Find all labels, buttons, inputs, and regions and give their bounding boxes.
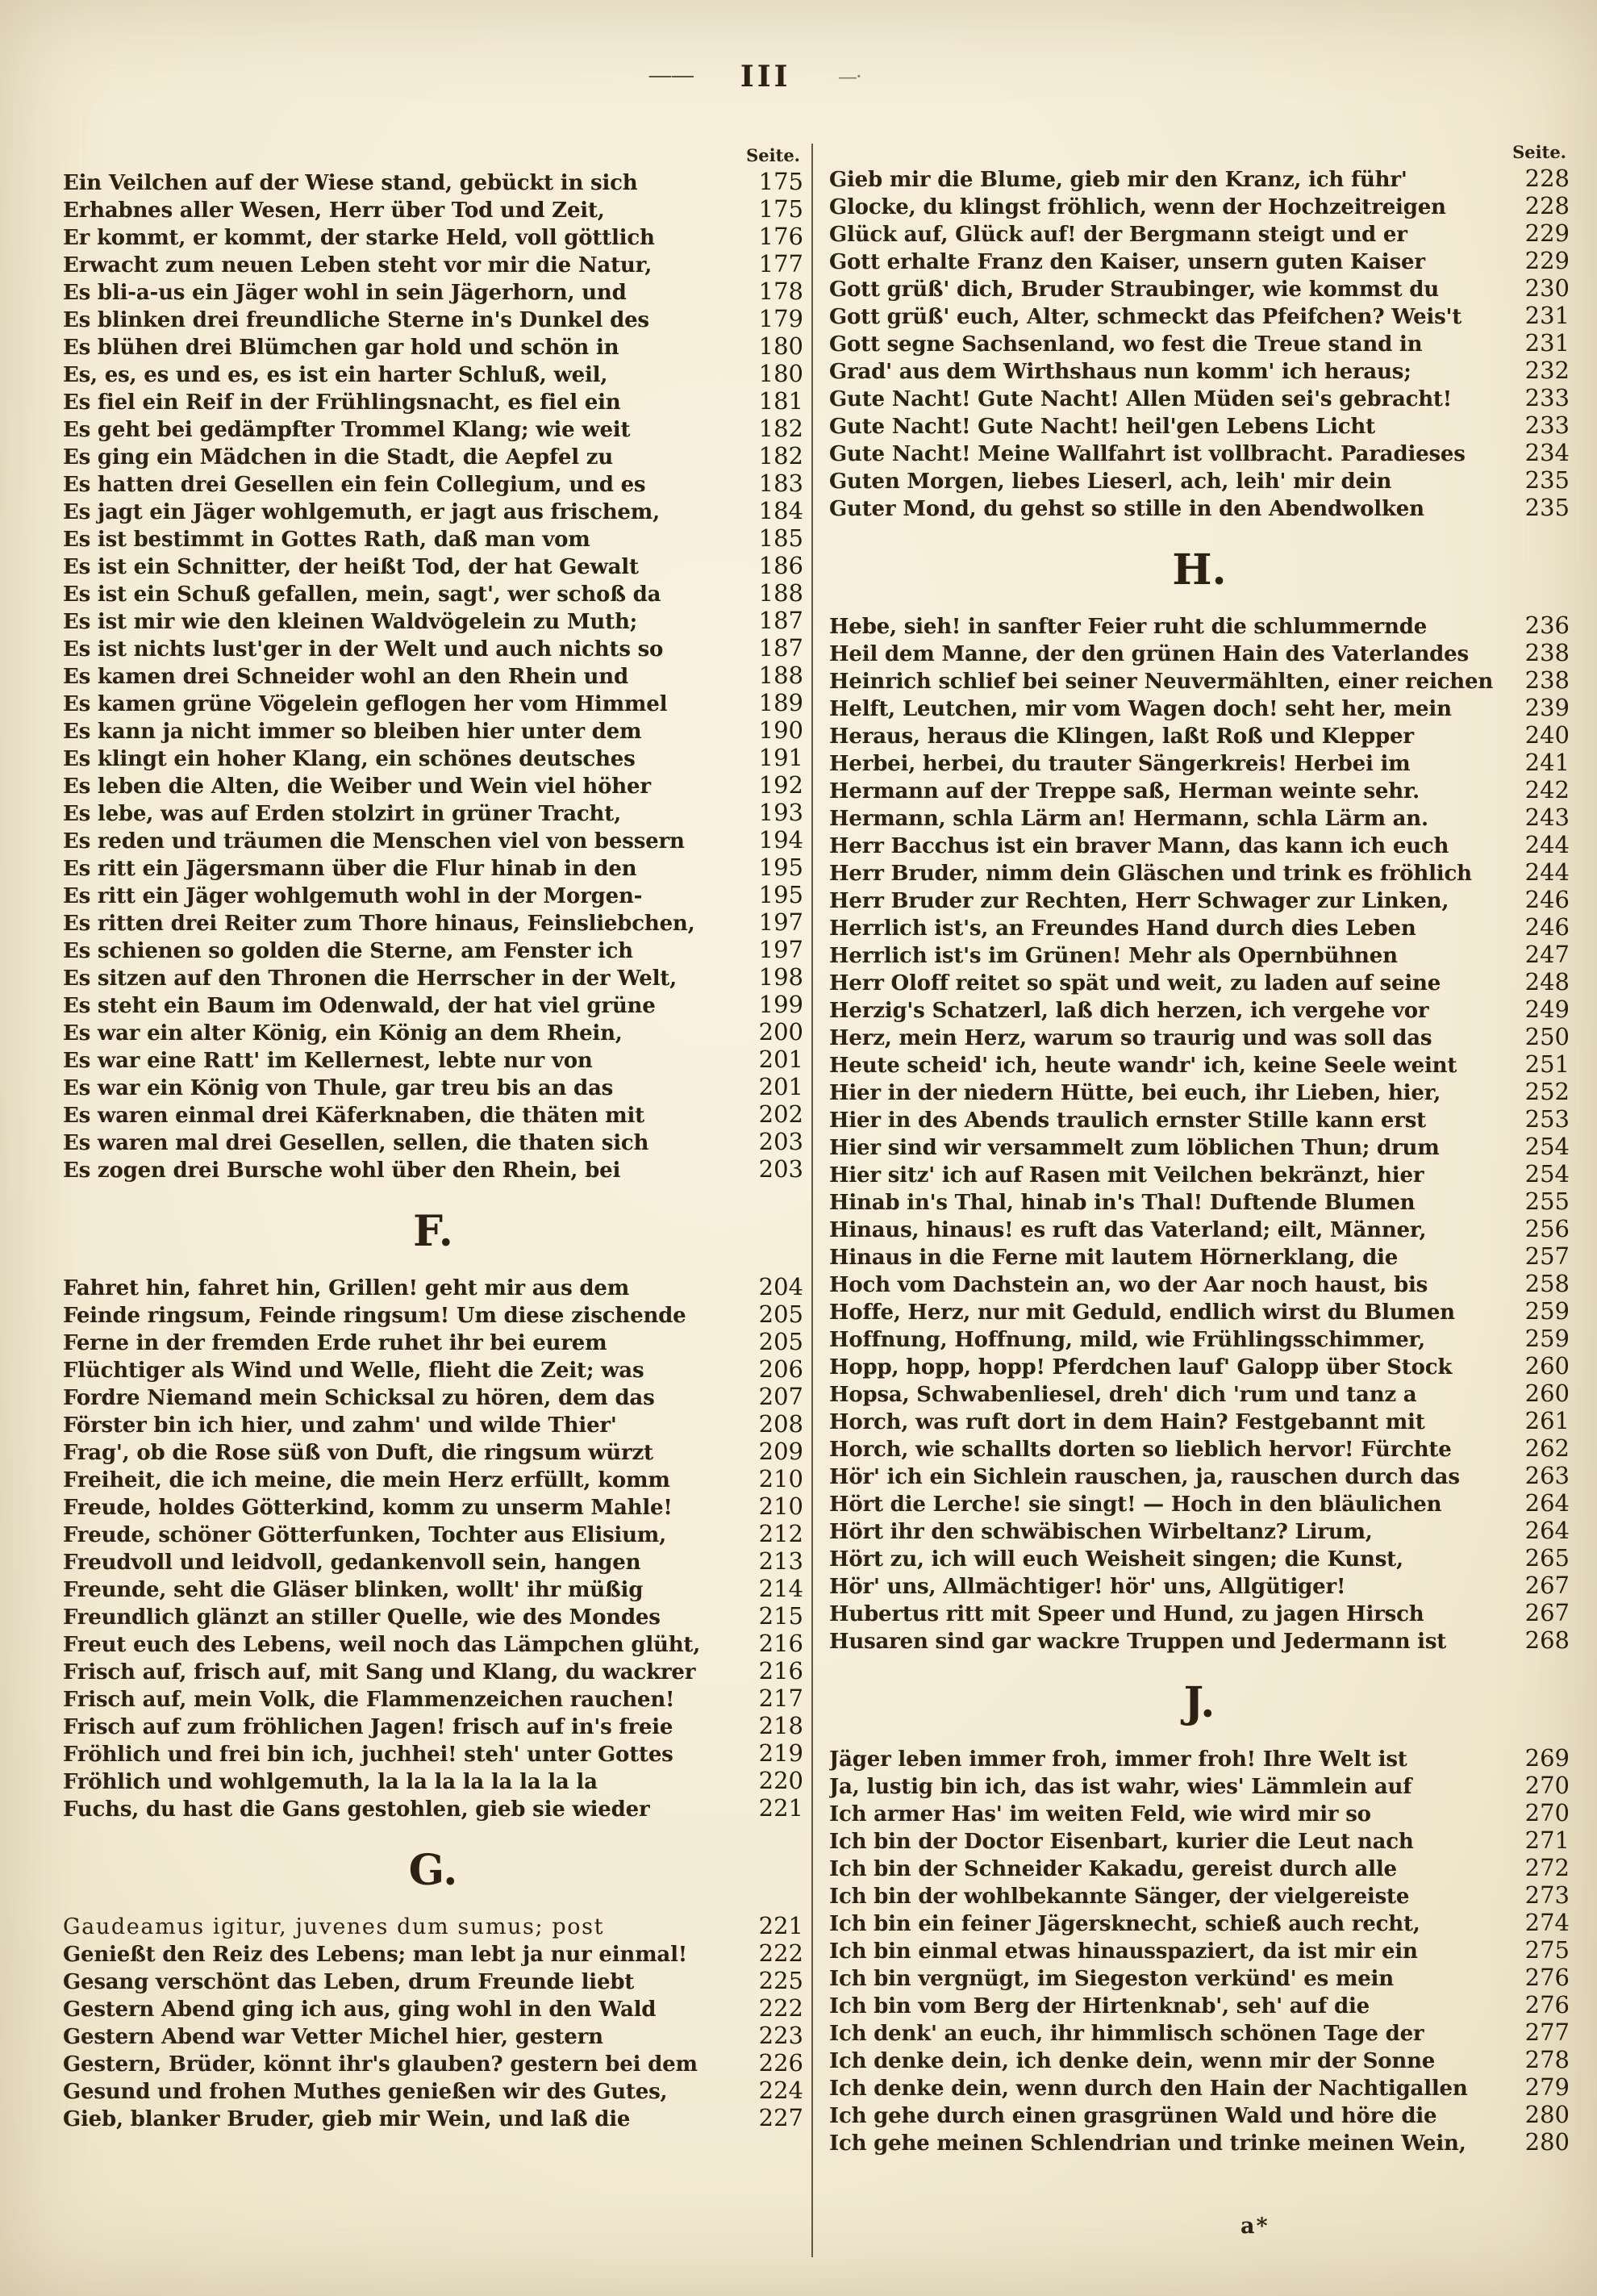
entry-page-number: 231 bbox=[1521, 302, 1570, 329]
entry-title: Ferne in der fremden Erde ruhet ihr bei … bbox=[63, 1330, 747, 1357]
entry-title: Gott segne Sachsenland, wo fest die Treu… bbox=[829, 331, 1513, 358]
section-heading: H. bbox=[829, 545, 1570, 595]
index-entry: Ich bin vom Berg der Hirtenknab', seh' a… bbox=[829, 1991, 1570, 2018]
index-entry: Es ist bestimmt in Gottes Rath, daß man … bbox=[63, 524, 803, 552]
entry-title: Es ist nichts lust'ger in der Welt und a… bbox=[63, 636, 747, 663]
entry-page-number: 264 bbox=[1521, 1489, 1570, 1517]
entry-title: Hoch vom Dachstein an, wo der Aar noch h… bbox=[829, 1271, 1513, 1299]
entry-page-number: 224 bbox=[755, 2077, 803, 2104]
entry-page-number: 206 bbox=[755, 1355, 803, 1383]
entry-title: Ich bin der Schneider Kakadu, gereist du… bbox=[829, 1856, 1513, 1883]
entry-page-number: 214 bbox=[755, 1575, 803, 1602]
entry-page-number: 270 bbox=[1521, 1772, 1570, 1799]
entry-page-number: 194 bbox=[755, 826, 803, 854]
index-entry: Helft, Leutchen, mir vom Wagen doch! seh… bbox=[829, 694, 1570, 721]
entry-title: Hier sind wir versammelt zum löblichen T… bbox=[829, 1134, 1513, 1162]
entry-title: Freunde, seht die Gläser blinken, wollt'… bbox=[63, 1576, 747, 1604]
index-entry: Er kommt, er kommt, der starke Held, vol… bbox=[63, 223, 803, 250]
entry-page-number: 256 bbox=[1521, 1215, 1570, 1242]
entry-title: Herr Oloff reitet so spät und weit, zu l… bbox=[829, 970, 1513, 997]
index-entry: Hinab in's Thal, hinab in's Thal! Duften… bbox=[829, 1188, 1570, 1215]
entry-title: Frisch auf zum fröhlichen Jagen! frisch … bbox=[63, 1714, 747, 1741]
entry-title: Es waren mal drei Gesellen, sellen, die … bbox=[63, 1129, 747, 1157]
index-entry: Gieb mir die Blume, gieb mir den Kranz, … bbox=[829, 165, 1570, 192]
entry-page-number: 264 bbox=[1521, 1517, 1570, 1544]
index-entry: Ferne in der fremden Erde ruhet ihr bei … bbox=[63, 1328, 803, 1355]
entry-title: Helft, Leutchen, mir vom Wagen doch! seh… bbox=[829, 695, 1513, 723]
entry-page-number: 186 bbox=[755, 552, 803, 579]
index-entry: Es blühen drei Blümchen gar hold und sch… bbox=[63, 332, 803, 360]
index-entry: Hoffnung, Hoffnung, mild, wie Frühlingss… bbox=[829, 1325, 1570, 1352]
entry-page-number: 242 bbox=[1521, 776, 1570, 804]
index-entry: Horch, wie schallts dorten so lieblich h… bbox=[829, 1434, 1570, 1462]
entry-title: Frag', ob die Rose süß von Duft, die rin… bbox=[63, 1439, 747, 1467]
entry-page-number: 221 bbox=[755, 1794, 803, 1822]
entry-page-number: 252 bbox=[1521, 1078, 1570, 1105]
entry-title: Erwacht zum neuen Leben steht vor mir di… bbox=[63, 252, 747, 279]
entry-title: Es ist ein Schnitter, der heißt Tod, der… bbox=[63, 553, 747, 581]
entry-page-number: 185 bbox=[755, 524, 803, 552]
entry-title: Es bli-a-us ein Jäger wohl in sein Jäger… bbox=[63, 279, 747, 307]
entry-page-number: 262 bbox=[1521, 1434, 1570, 1462]
index-entry: Freiheit, die ich meine, die mein Herz e… bbox=[63, 1465, 803, 1492]
index-entry: Hier in des Abends traulich ernster Stil… bbox=[829, 1105, 1570, 1133]
column-right: Seite.Gieb mir die Blume, gieb mir den K… bbox=[829, 142, 1570, 2156]
seite-label: Seite. bbox=[63, 145, 803, 166]
entry-page-number: 203 bbox=[755, 1128, 803, 1155]
entry-page-number: 235 bbox=[1521, 466, 1570, 494]
index-entry: Hört die Lerche! sie singt! — Hoch in de… bbox=[829, 1489, 1570, 1517]
index-entry: Gott grüß' euch, Alter, schmeckt das Pfe… bbox=[829, 302, 1570, 329]
section-heading: F. bbox=[63, 1207, 803, 1257]
entry-page-number: 278 bbox=[1521, 2046, 1570, 2073]
index-entry: Freut euch des Lebens, weil noch das Läm… bbox=[63, 1630, 803, 1657]
index-entry: Gaudeamus igitur, juvenes dum sumus; pos… bbox=[63, 1912, 803, 1939]
entry-title: Heil dem Manne, der den grünen Hain des … bbox=[829, 641, 1513, 668]
index-entry: Fordre Niemand mein Schicksal zu hören, … bbox=[63, 1383, 803, 1410]
entry-title: Es schienen so golden die Sterne, am Fen… bbox=[63, 937, 747, 965]
entry-page-number: 259 bbox=[1521, 1325, 1570, 1352]
index-entry: Es fiel ein Reif in der Frühlingsnacht, … bbox=[63, 387, 803, 415]
entry-page-number: 272 bbox=[1521, 1854, 1570, 1881]
entry-title: Herz, mein Herz, warum so traurig und wa… bbox=[829, 1025, 1513, 1052]
entry-page-number: 276 bbox=[1521, 1964, 1570, 1991]
entry-title: Es war ein alter König, ein König an dem… bbox=[63, 1020, 747, 1047]
entry-title: Es ging ein Mädchen in die Stadt, die Ae… bbox=[63, 444, 747, 471]
entry-title: Hermann auf der Treppe saß, Herman weint… bbox=[829, 778, 1513, 805]
index-entry: Hinaus, hinaus! es ruft das Vaterland; e… bbox=[829, 1215, 1570, 1242]
entry-page-number: 244 bbox=[1521, 831, 1570, 858]
entry-page-number: 260 bbox=[1521, 1352, 1570, 1380]
entry-page-number: 193 bbox=[755, 799, 803, 826]
entry-page-number: 250 bbox=[1521, 1023, 1570, 1050]
index-entry: Ich denk' an euch, ihr himmlisch schönen… bbox=[829, 2018, 1570, 2046]
entry-title: Herzig's Schatzerl, laß dich herzen, ich… bbox=[829, 997, 1513, 1025]
entry-page-number: 243 bbox=[1521, 804, 1570, 831]
entry-title: Es geht bei gedämpfter Trommel Klang; wi… bbox=[63, 416, 747, 444]
index-entry: Es war ein alter König, ein König an dem… bbox=[63, 1018, 803, 1046]
entry-page-number: 277 bbox=[1521, 2018, 1570, 2046]
entry-page-number: 263 bbox=[1521, 1462, 1570, 1489]
index-entry: Hör' uns, Allmächtiger! hör' uns, Allgüt… bbox=[829, 1572, 1570, 1599]
entry-page-number: 222 bbox=[755, 1939, 803, 1967]
entry-page-number: 175 bbox=[755, 168, 803, 195]
entry-page-number: 192 bbox=[755, 771, 803, 799]
index-entry: Hopp, hopp, hopp! Pferdchen lauf' Galopp… bbox=[829, 1352, 1570, 1380]
entry-title: Ich bin vom Berg der Hirtenknab', seh' a… bbox=[829, 1993, 1513, 2020]
entry-page-number: 258 bbox=[1521, 1270, 1570, 1297]
index-entry: Es reden und träumen die Menschen viel v… bbox=[63, 826, 803, 854]
entry-page-number: 202 bbox=[755, 1100, 803, 1128]
entry-title: Hier in des Abends traulich ernster Stil… bbox=[829, 1107, 1513, 1134]
index-entry: Ich bin der Doctor Eisenbart, kurier die… bbox=[829, 1826, 1570, 1854]
entry-title: Erhabnes aller Wesen, Herr über Tod und … bbox=[63, 197, 747, 224]
entry-title: Ein Veilchen auf der Wiese stand, gebück… bbox=[63, 169, 747, 197]
entry-page-number: 198 bbox=[755, 963, 803, 991]
entry-page-number: 182 bbox=[755, 415, 803, 442]
entry-title: Ich denke dein, wenn durch den Hain der … bbox=[829, 2075, 1513, 2102]
index-entry: Ich bin der wohlbekannte Sänger, der vie… bbox=[829, 1881, 1570, 1909]
entry-title: Hermann, schla Lärm an! Hermann, schla L… bbox=[829, 805, 1513, 833]
entry-page-number: 229 bbox=[1521, 219, 1570, 247]
index-entry: Hinaus in die Ferne mit lautem Hörnerkla… bbox=[829, 1242, 1570, 1270]
entry-title: Hör' uns, Allmächtiger! hör' uns, Allgüt… bbox=[829, 1573, 1513, 1601]
index-entry: Genießt den Reiz des Lebens; man lebt ja… bbox=[63, 1939, 803, 1967]
entry-title: Herr Bruder, nimm dein Gläschen und trin… bbox=[829, 860, 1513, 887]
index-entry: Es ist mir wie den kleinen Waldvögelein … bbox=[63, 607, 803, 634]
entry-page-number: 178 bbox=[755, 278, 803, 305]
entry-title: Herr Bacchus ist ein braver Mann, das ka… bbox=[829, 833, 1513, 860]
index-entry: Ich bin vergnügt, im Siegeston verkünd' … bbox=[829, 1964, 1570, 1991]
entry-page-number: 276 bbox=[1521, 1991, 1570, 2018]
index-entry: Es klingt ein hoher Klang, ein schönes d… bbox=[63, 744, 803, 771]
index-entry: Freude, holdes Götterkind, komm zu unser… bbox=[63, 1492, 803, 1520]
entry-title: Ich bin der wohlbekannte Sänger, der vie… bbox=[829, 1883, 1513, 1910]
entry-title: Herrlich ist's im Grünen! Mehr als Opern… bbox=[829, 942, 1513, 970]
index-entry: Ein Veilchen auf der Wiese stand, gebück… bbox=[63, 168, 803, 195]
index-entry: Ich bin einmal etwas hinausspaziert, da … bbox=[829, 1936, 1570, 1964]
index-entry: Hermann auf der Treppe saß, Herman weint… bbox=[829, 776, 1570, 804]
entry-page-number: 249 bbox=[1521, 996, 1570, 1023]
entry-page-number: 223 bbox=[755, 2022, 803, 2049]
index-entry: Herr Bruder, nimm dein Gläschen und trin… bbox=[829, 858, 1570, 886]
entry-title: Gute Nacht! Gute Nacht! heil'gen Lebens … bbox=[829, 413, 1513, 440]
index-entry: Horch, was ruft dort in dem Hain? Festge… bbox=[829, 1407, 1570, 1434]
entry-title: Es waren einmal drei Käferknaben, die th… bbox=[63, 1102, 747, 1129]
entry-title: Horch, wie schallts dorten so lieblich h… bbox=[829, 1436, 1513, 1463]
entry-page-number: 205 bbox=[755, 1328, 803, 1355]
index-entry: Es ritt ein Jäger wohlgemuth wohl in der… bbox=[63, 881, 803, 908]
entry-page-number: 280 bbox=[1521, 2101, 1570, 2128]
entry-page-number: 199 bbox=[755, 991, 803, 1018]
index-entry: Es lebe, was auf Erden stolzirt in grüne… bbox=[63, 799, 803, 826]
entry-page-number: 195 bbox=[755, 881, 803, 908]
index-entry: Gieb, blanker Bruder, gieb mir Wein, und… bbox=[63, 2104, 803, 2131]
entry-page-number: 217 bbox=[755, 1684, 803, 1712]
entry-title: Es ritt ein Jägersmann über die Flur hin… bbox=[63, 855, 747, 883]
index-entry: Gott erhalte Franz den Kaiser, unsern gu… bbox=[829, 247, 1570, 274]
entry-title: Es leben die Alten, die Weiber und Wein … bbox=[63, 773, 747, 800]
index-entry: Heute scheid' ich, heute wandr' ich, kei… bbox=[829, 1050, 1570, 1078]
entry-page-number: 230 bbox=[1521, 274, 1570, 302]
entry-title: Frisch auf, mein Volk, die Flammenzeiche… bbox=[63, 1686, 747, 1714]
index-entry: Es hatten drei Gesellen ein fein Collegi… bbox=[63, 470, 803, 497]
entry-page-number: 197 bbox=[755, 908, 803, 936]
entry-page-number: 233 bbox=[1521, 411, 1570, 439]
entry-page-number: 269 bbox=[1521, 1744, 1570, 1772]
index-entry: Gesang verschönt das Leben, drum Freunde… bbox=[63, 1967, 803, 1994]
entry-page-number: 209 bbox=[755, 1438, 803, 1465]
entry-title: Hört die Lerche! sie singt! — Hoch in de… bbox=[829, 1491, 1513, 1518]
entry-page-number: 180 bbox=[755, 360, 803, 387]
index-entry: Ja, lustig bin ich, das ist wahr, wies' … bbox=[829, 1772, 1570, 1799]
entry-page-number: 257 bbox=[1521, 1242, 1570, 1270]
entry-page-number: 201 bbox=[755, 1046, 803, 1073]
page-header: —— III —· bbox=[0, 60, 1553, 94]
entry-title: Freude, schöner Götterfunken, Tochter au… bbox=[63, 1522, 747, 1549]
column-left: Seite.Ein Veilchen auf der Wiese stand, … bbox=[63, 145, 803, 2131]
entry-title: Hört ihr den schwäbischen Wirbeltanz? Li… bbox=[829, 1518, 1513, 1546]
index-entry: Freudvoll und leidvoll, gedankenvoll sei… bbox=[63, 1547, 803, 1575]
entry-page-number: 188 bbox=[755, 579, 803, 607]
entry-page-number: 274 bbox=[1521, 1909, 1570, 1936]
entry-page-number: 268 bbox=[1521, 1626, 1570, 1654]
entry-title: Flüchtiger als Wind und Welle, flieht di… bbox=[63, 1357, 747, 1384]
index-entry: Freunde, seht die Gläser blinken, wollt'… bbox=[63, 1575, 803, 1602]
index-entry: Es kamen drei Schneider wohl an den Rhei… bbox=[63, 662, 803, 689]
index-entry: Hubertus ritt mit Speer und Hund, zu jag… bbox=[829, 1599, 1570, 1626]
entry-page-number: 210 bbox=[755, 1465, 803, 1492]
entry-page-number: 221 bbox=[755, 1912, 803, 1939]
entry-title: Glocke, du klingst fröhlich, wenn der Ho… bbox=[829, 194, 1513, 221]
entry-title: Feinde ringsum, Feinde ringsum! Um diese… bbox=[63, 1302, 747, 1330]
entry-title: Freundlich glänzt an stiller Quelle, wie… bbox=[63, 1604, 747, 1631]
entry-title: Es jagt ein Jäger wohlgemuth, er jagt au… bbox=[63, 499, 747, 526]
entry-title: Hubertus ritt mit Speer und Hund, zu jag… bbox=[829, 1601, 1513, 1628]
entry-page-number: 270 bbox=[1521, 1799, 1570, 1826]
index-entry: Jäger leben immer froh, immer froh! Ihre… bbox=[829, 1744, 1570, 1772]
entry-page-number: 238 bbox=[1521, 666, 1570, 694]
entry-page-number: 246 bbox=[1521, 886, 1570, 913]
index-entry: Es war ein König von Thule, gar treu bis… bbox=[63, 1073, 803, 1100]
entry-page-number: 200 bbox=[755, 1018, 803, 1046]
index-entry: Es ist nichts lust'ger in der Welt und a… bbox=[63, 634, 803, 662]
index-entry: Herr Bruder zur Rechten, Herr Schwager z… bbox=[829, 886, 1570, 913]
entry-page-number: 220 bbox=[755, 1767, 803, 1794]
entry-title: Ich armer Has' im weiten Feld, wie wird … bbox=[829, 1801, 1513, 1828]
index-entry: Herbei, herbei, du trauter Sängerkreis! … bbox=[829, 749, 1570, 776]
entry-title: Es blinken drei freundliche Sterne in's … bbox=[63, 307, 747, 334]
entry-title: Fröhlich und wohlgemuth, la la la la la … bbox=[63, 1768, 747, 1796]
index-entry: Es blinken drei freundliche Sterne in's … bbox=[63, 305, 803, 332]
index-entry: Heraus, heraus die Klingen, laßt Roß und… bbox=[829, 721, 1570, 749]
entry-title: Ich bin einmal etwas hinausspaziert, da … bbox=[829, 1938, 1513, 1965]
index-entry: Freundlich glänzt an stiller Quelle, wie… bbox=[63, 1602, 803, 1630]
entry-page-number: 231 bbox=[1521, 329, 1570, 357]
index-entry: Es jagt ein Jäger wohlgemuth, er jagt au… bbox=[63, 497, 803, 524]
entry-title: Herbei, herbei, du trauter Sängerkreis! … bbox=[829, 750, 1513, 778]
entry-title: Gott grüß' euch, Alter, schmeckt das Pfe… bbox=[829, 303, 1513, 331]
index-entry: Ich gehe durch einen grasgrünen Wald und… bbox=[829, 2101, 1570, 2128]
index-entry: Herz, mein Herz, warum so traurig und wa… bbox=[829, 1023, 1570, 1050]
entry-page-number: 238 bbox=[1521, 639, 1570, 666]
entry-page-number: 232 bbox=[1521, 357, 1570, 384]
index-entry: Gott segne Sachsenland, wo fest die Treu… bbox=[829, 329, 1570, 357]
seite-label: Seite. bbox=[829, 142, 1570, 163]
index-entry: Herrlich ist's im Grünen! Mehr als Opern… bbox=[829, 941, 1570, 968]
index-entry: Hier sitz' ich auf Rasen mit Veilchen be… bbox=[829, 1160, 1570, 1188]
entry-title: Frisch auf, frisch auf, mit Sang und Kla… bbox=[63, 1659, 747, 1686]
entry-page-number: 213 bbox=[755, 1547, 803, 1575]
index-entry: Fuchs, du hast die Gans gestohlen, gieb … bbox=[63, 1794, 803, 1822]
entry-title: Ich gehe durch einen grasgrünen Wald und… bbox=[829, 2102, 1513, 2130]
index-entry: Es ist ein Schuß gefallen, mein, sagt', … bbox=[63, 579, 803, 607]
entry-page-number: 218 bbox=[755, 1712, 803, 1739]
entry-page-number: 177 bbox=[755, 250, 803, 278]
entry-title: Ich bin der Doctor Eisenbart, kurier die… bbox=[829, 1828, 1513, 1856]
entry-page-number: 244 bbox=[1521, 858, 1570, 886]
entry-title: Es war eine Ratt' im Kellernest, lebte n… bbox=[63, 1047, 747, 1075]
index-entry: Es kamen grüne Vögelein geflogen her vom… bbox=[63, 689, 803, 716]
index-entry: Glück auf, Glück auf! der Bergmann steig… bbox=[829, 219, 1570, 247]
entry-title: Gute Nacht! Meine Wallfahrt ist vollbrac… bbox=[829, 440, 1513, 468]
entry-page-number: 188 bbox=[755, 662, 803, 689]
index-entry: Es ging ein Mädchen in die Stadt, die Ae… bbox=[63, 442, 803, 470]
page-number: III bbox=[740, 60, 791, 94]
index-entry: Es schienen so golden die Sterne, am Fen… bbox=[63, 936, 803, 963]
entry-page-number: 228 bbox=[1521, 165, 1570, 192]
entry-page-number: 233 bbox=[1521, 384, 1570, 411]
index-entry: Gestern Abend war Vetter Michel hier, ge… bbox=[63, 2022, 803, 2049]
header-rule-left: —— bbox=[648, 61, 693, 90]
entry-title: Es ist ein Schuß gefallen, mein, sagt', … bbox=[63, 581, 747, 608]
entry-title: Hinab in's Thal, hinab in's Thal! Duften… bbox=[829, 1189, 1513, 1217]
entry-page-number: 273 bbox=[1521, 1881, 1570, 1909]
entry-page-number: 175 bbox=[755, 195, 803, 223]
entry-title: Ich denk' an euch, ihr himmlisch schönen… bbox=[829, 2020, 1513, 2048]
entry-page-number: 207 bbox=[755, 1383, 803, 1410]
entry-title: Gieb mir die Blume, gieb mir den Kranz, … bbox=[829, 166, 1513, 194]
index-entry: Es ritten drei Reiter zum Thore hinaus, … bbox=[63, 908, 803, 936]
index-entry: Gestern, Brüder, könnt ihr's glauben? ge… bbox=[63, 2049, 803, 2077]
entry-title: Es sitzen auf den Thronen die Herrscher … bbox=[63, 965, 747, 992]
entry-title: Herr Bruder zur Rechten, Herr Schwager z… bbox=[829, 887, 1513, 915]
entry-title: Guter Mond, du gehst so stille in den Ab… bbox=[829, 495, 1513, 523]
column-divider bbox=[811, 144, 813, 2257]
entry-title: Gott grüß' dich, Bruder Straubinger, wie… bbox=[829, 276, 1513, 303]
entry-title: Genießt den Reiz des Lebens; man lebt ja… bbox=[63, 1941, 747, 1968]
entry-page-number: 210 bbox=[755, 1492, 803, 1520]
entry-title: Hinaus in die Ferne mit lautem Hörnerkla… bbox=[829, 1244, 1513, 1271]
entry-title: Husaren sind gar wackre Truppen und Jede… bbox=[829, 1628, 1513, 1655]
entry-page-number: 235 bbox=[1521, 494, 1570, 521]
entry-title: Es ist mir wie den kleinen Waldvögelein … bbox=[63, 608, 747, 636]
index-entry: Es waren einmal drei Käferknaben, die th… bbox=[63, 1100, 803, 1128]
entry-title: Herrlich ist's, an Freundes Hand durch d… bbox=[829, 915, 1513, 942]
entry-page-number: 208 bbox=[755, 1410, 803, 1438]
entry-page-number: 255 bbox=[1521, 1188, 1570, 1215]
index-entry: Fahret hin, fahret hin, Grillen! geht mi… bbox=[63, 1273, 803, 1300]
entry-page-number: 240 bbox=[1521, 721, 1570, 749]
index-entry: Husaren sind gar wackre Truppen und Jede… bbox=[829, 1626, 1570, 1654]
entry-title: Es fiel ein Reif in der Frühlingsnacht, … bbox=[63, 389, 747, 416]
entry-page-number: 197 bbox=[755, 936, 803, 963]
index-entry: Hier in der niedern Hütte, bei euch, ihr… bbox=[829, 1078, 1570, 1105]
index-entry: Es, es, es und es, es ist ein harter Sch… bbox=[63, 360, 803, 387]
entry-page-number: 239 bbox=[1521, 694, 1570, 721]
entry-title: Es ritten drei Reiter zum Thore hinaus, … bbox=[63, 910, 747, 937]
index-entry: Herr Oloff reitet so spät und weit, zu l… bbox=[829, 968, 1570, 996]
entry-page-number: 254 bbox=[1521, 1160, 1570, 1188]
entry-page-number: 216 bbox=[755, 1630, 803, 1657]
index-entry: Ich bin der Schneider Kakadu, gereist du… bbox=[829, 1854, 1570, 1881]
entry-title: Grad' aus dem Wirthshaus nun komm' ich h… bbox=[829, 358, 1513, 386]
entry-page-number: 253 bbox=[1521, 1105, 1570, 1133]
entry-page-number: 181 bbox=[755, 387, 803, 415]
index-entry: Feinde ringsum, Feinde ringsum! Um diese… bbox=[63, 1300, 803, 1328]
entry-title: Jäger leben immer froh, immer froh! Ihre… bbox=[829, 1746, 1513, 1773]
index-entry: Gesund und frohen Muthes genießen wir de… bbox=[63, 2077, 803, 2104]
entry-title: Es steht ein Baum im Odenwald, der hat v… bbox=[63, 992, 747, 1020]
index-entry: Flüchtiger als Wind und Welle, flieht di… bbox=[63, 1355, 803, 1383]
entry-page-number: 225 bbox=[755, 1967, 803, 1994]
index-entry: Hoffe, Herz, nur mit Geduld, endlich wir… bbox=[829, 1297, 1570, 1325]
entry-page-number: 176 bbox=[755, 223, 803, 250]
entry-title: Gott erhalte Franz den Kaiser, unsern gu… bbox=[829, 248, 1513, 276]
entry-title: Hinaus, hinaus! es ruft das Vaterland; e… bbox=[829, 1217, 1513, 1244]
entry-title: Gesund und frohen Muthes genießen wir de… bbox=[63, 2078, 747, 2106]
index-entry: Hopsa, Schwabenliesel, dreh' dich 'rum u… bbox=[829, 1380, 1570, 1407]
entry-title: Hoffnung, Hoffnung, mild, wie Frühlingss… bbox=[829, 1326, 1513, 1354]
entry-title: Gestern, Brüder, könnt ihr's glauben? ge… bbox=[63, 2051, 747, 2078]
entry-title: Glück auf, Glück auf! der Bergmann steig… bbox=[829, 221, 1513, 248]
entry-page-number: 215 bbox=[755, 1602, 803, 1630]
entry-page-number: 280 bbox=[1521, 2128, 1570, 2156]
entry-page-number: 203 bbox=[755, 1155, 803, 1183]
index-entry: Heil dem Manne, der den grünen Hain des … bbox=[829, 639, 1570, 666]
entry-title: Fahret hin, fahret hin, Grillen! geht mi… bbox=[63, 1275, 747, 1302]
entry-title: Heute scheid' ich, heute wandr' ich, kei… bbox=[829, 1052, 1513, 1079]
index-entry: Ich denke dein, wenn durch den Hain der … bbox=[829, 2073, 1570, 2101]
entry-page-number: 247 bbox=[1521, 941, 1570, 968]
entry-title: Freudvoll und leidvoll, gedankenvoll sei… bbox=[63, 1549, 747, 1576]
entry-page-number: 275 bbox=[1521, 1936, 1570, 1964]
index-entry: Es ist ein Schnitter, der heißt Tod, der… bbox=[63, 552, 803, 579]
entry-title: Gestern Abend war Vetter Michel hier, ge… bbox=[63, 2023, 747, 2051]
entry-page-number: 222 bbox=[755, 1994, 803, 2022]
entry-page-number: 228 bbox=[1521, 192, 1570, 219]
entry-page-number: 259 bbox=[1521, 1297, 1570, 1325]
index-entry: Ich gehe meinen Schlendrian und trinke m… bbox=[829, 2128, 1570, 2156]
book-index-page: —— III —· Seite.Ein Veilchen auf der Wie… bbox=[0, 0, 1597, 2296]
entry-title: Es blühen drei Blümchen gar hold und sch… bbox=[63, 334, 747, 361]
index-entry: Guter Mond, du gehst so stille in den Ab… bbox=[829, 494, 1570, 521]
index-entry: Guten Morgen, liebes Lieserl, ach, leih'… bbox=[829, 466, 1570, 494]
index-entry: Es steht ein Baum im Odenwald, der hat v… bbox=[63, 991, 803, 1018]
entry-title: Es lebe, was auf Erden stolzirt in grüne… bbox=[63, 800, 747, 828]
index-entry: Gute Nacht! Gute Nacht! heil'gen Lebens … bbox=[829, 411, 1570, 439]
entry-page-number: 227 bbox=[755, 2104, 803, 2131]
index-entry: Es war eine Ratt' im Kellernest, lebte n… bbox=[63, 1046, 803, 1073]
section-heading: J. bbox=[829, 1678, 1570, 1728]
entry-title: Es hatten drei Gesellen ein fein Collegi… bbox=[63, 471, 747, 499]
entry-page-number: 204 bbox=[755, 1273, 803, 1300]
index-entry: Es bli-a-us ein Jäger wohl in sein Jäger… bbox=[63, 278, 803, 305]
entry-title: Es kamen drei Schneider wohl an den Rhei… bbox=[63, 663, 747, 691]
entry-page-number: 190 bbox=[755, 716, 803, 744]
entry-page-number: 246 bbox=[1521, 913, 1570, 941]
entry-page-number: 212 bbox=[755, 1520, 803, 1547]
